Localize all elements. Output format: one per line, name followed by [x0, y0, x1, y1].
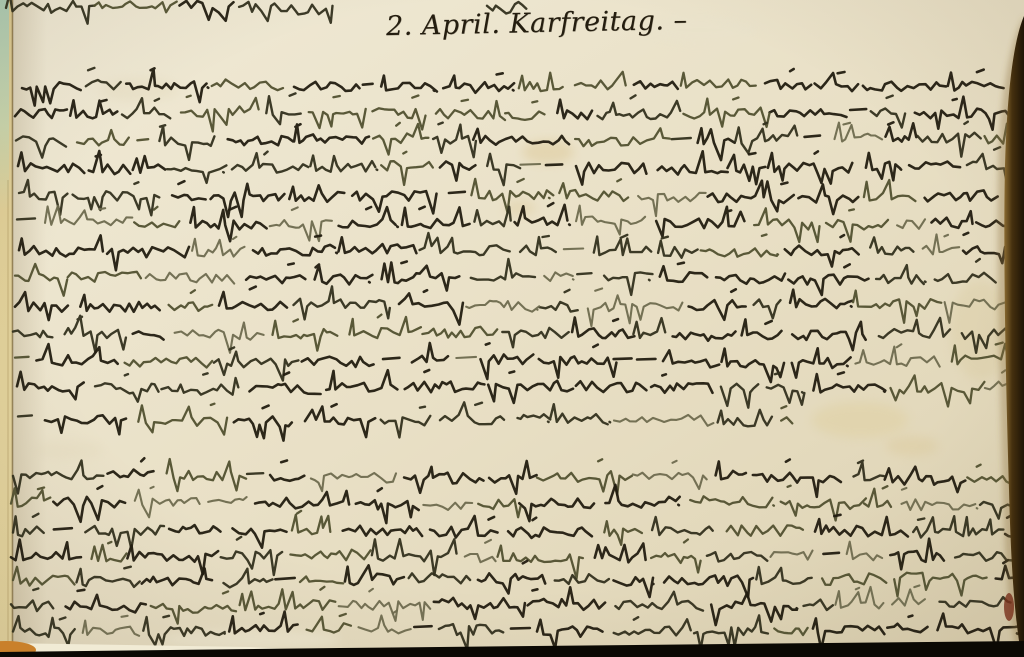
book-cover-maroon-glint [1004, 593, 1014, 621]
diary-photo-page: 2. April. Karfreitag. – [0, 0, 1024, 657]
photo-edge-layer [0, 0, 1024, 657]
